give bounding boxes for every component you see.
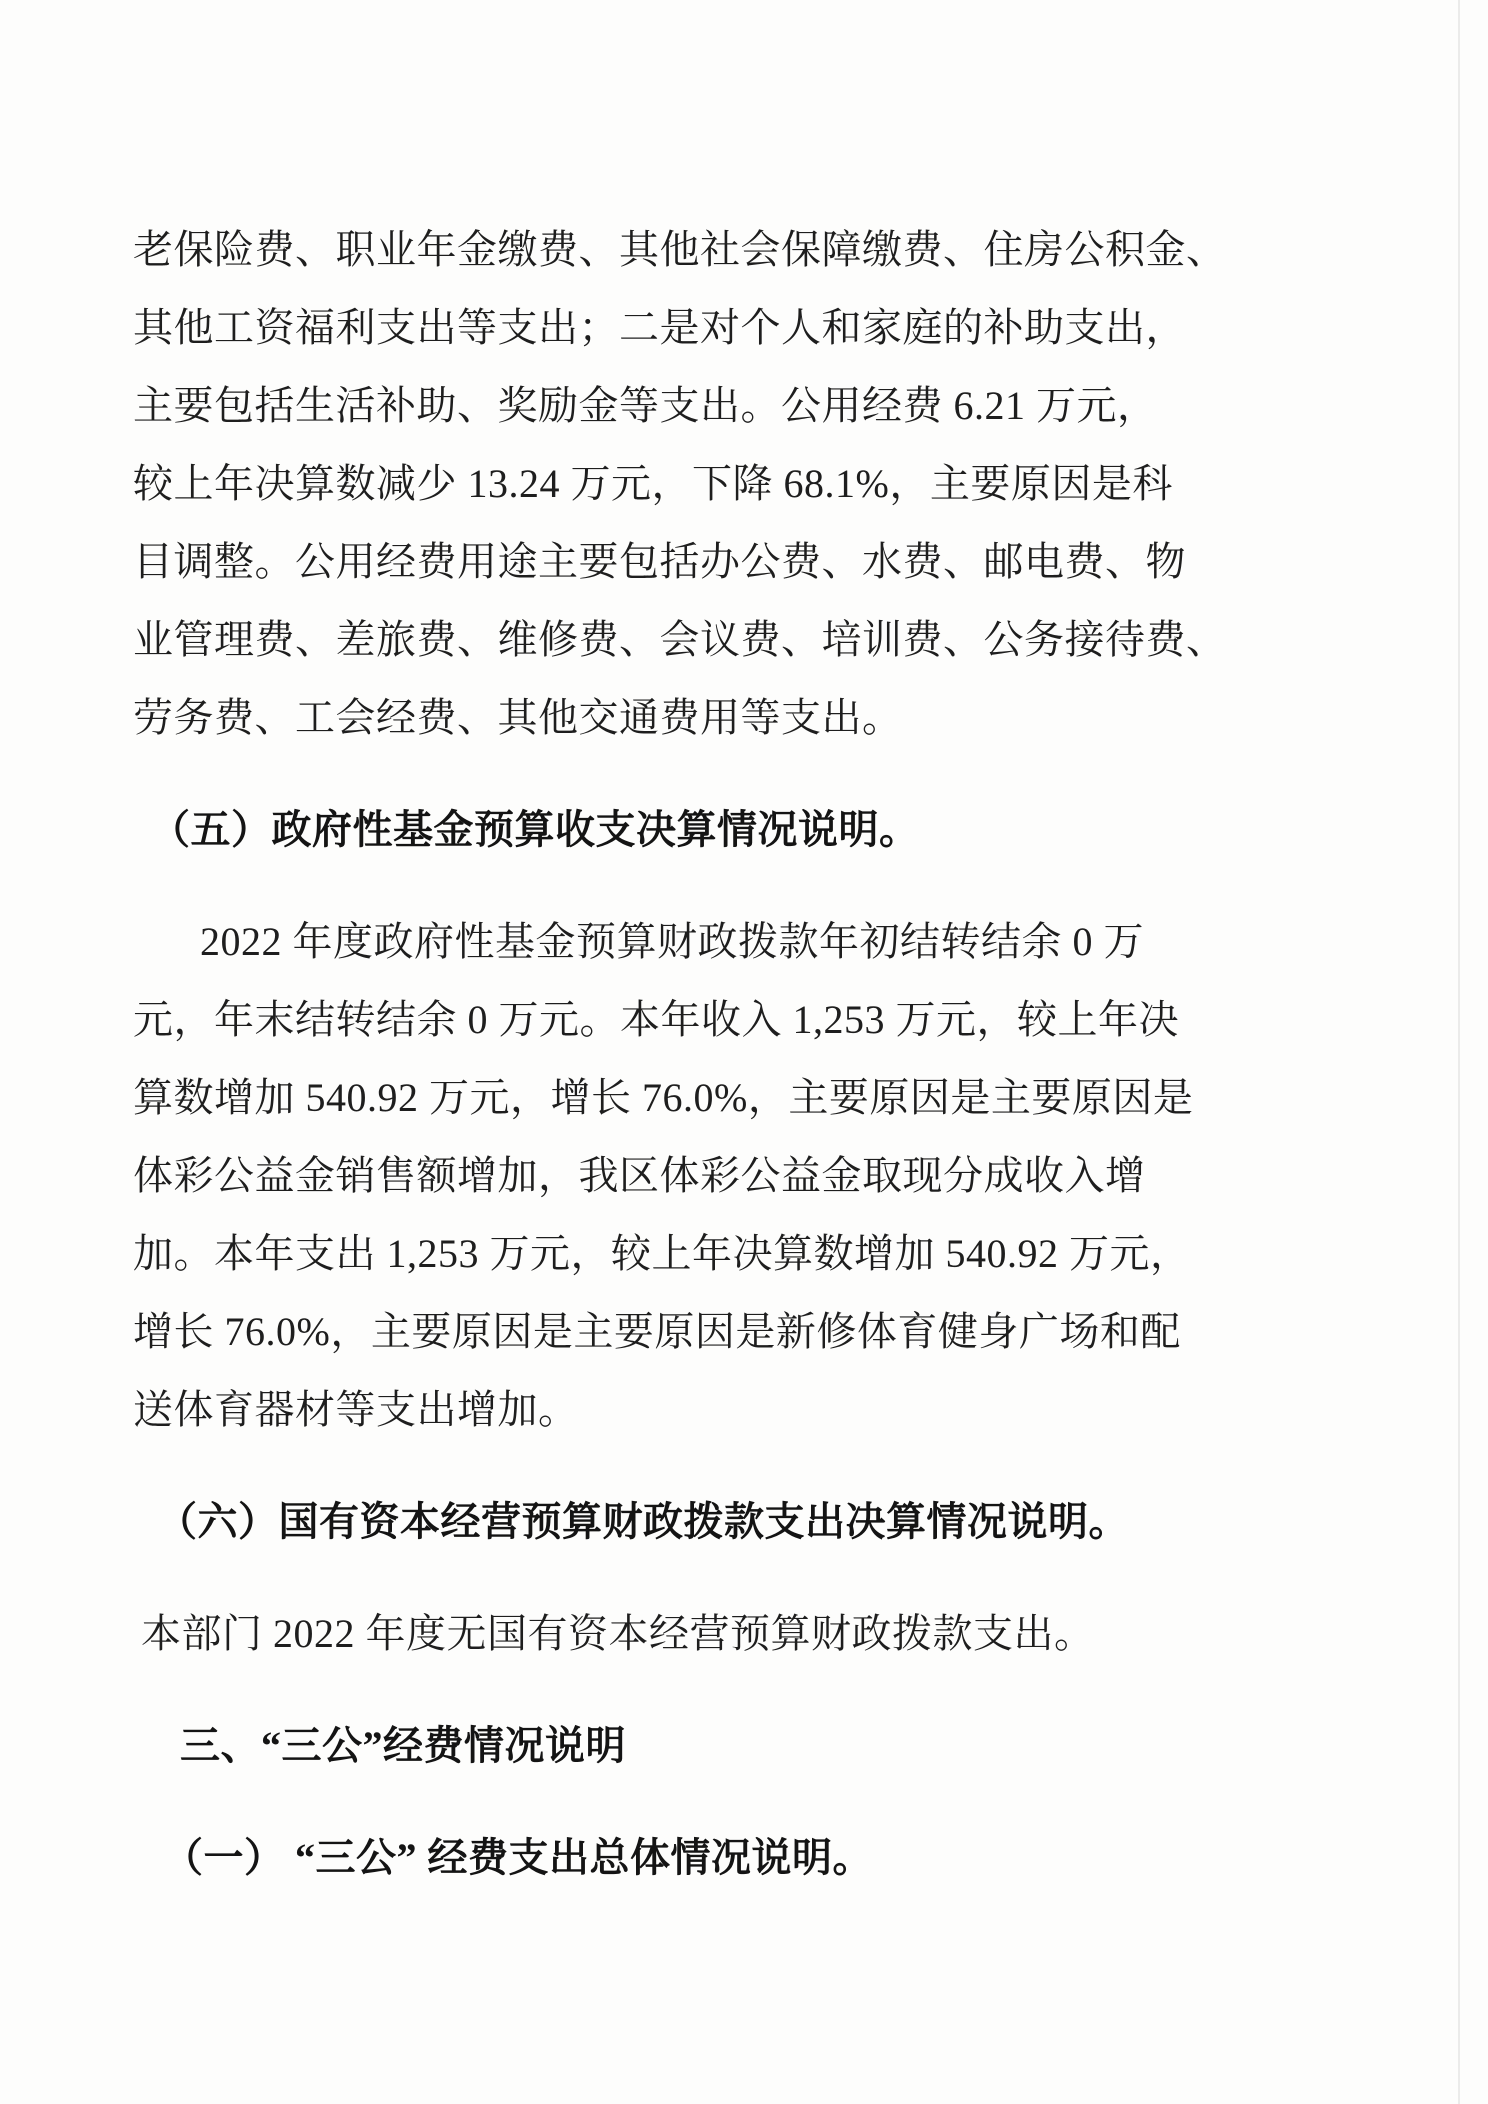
body-line: 较上年决算数减少 13.24 万元，下降 68.1%，主要原因是科 (133, 445, 1313, 523)
body-line: 劳务费、工会经费、其他交通费用等支出。 (133, 679, 1313, 757)
body-line: 业管理费、差旅费、维修费、会议费、培训费、公务接待费、 (133, 601, 1313, 679)
paragraph-government-fund: 2022 年度政府性基金预算财政拨款年初结转结余 0 万 元，年末结转结余 0 … (133, 903, 1313, 1449)
paragraph-pension-welfare: 老保险费、职业年金缴费、其他社会保障缴费、住房公积金、 其他工资福利支出等支出；… (133, 211, 1313, 757)
body-line: 元，年末结转结余 0 万元。本年收入 1,253 万元，较上年决 (133, 981, 1313, 1059)
body-line: 算数增加 540.92 万元，增长 76.0%，主要原因是主要原因是 (133, 1059, 1313, 1137)
scan-edge-artifact (1458, 0, 1460, 2104)
body-line: 2022 年度政府性基金预算财政拨款年初结转结余 0 万 (133, 903, 1313, 981)
heading-section-three-one: （一） “三公” 经费支出总体情况说明。 (163, 1819, 1313, 1897)
body-line: 加。本年支出 1,253 万元，较上年决算数增加 540.92 万元， (133, 1215, 1313, 1293)
heading-section-five: （五）政府性基金预算收支决算情况说明。 (150, 791, 1313, 869)
heading-section-six: （六）国有资本经营预算财政拨款支出决算情况说明。 (157, 1483, 1313, 1561)
body-line: 体彩公益金销售额增加，我区体彩公益金取现分成收入增 (133, 1137, 1313, 1215)
paragraph-state-capital: 本部门 2022 年度无国有资本经营预算财政拨款支出。 (141, 1595, 1313, 1673)
body-line: 其他工资福利支出等支出；二是对个人和家庭的补助支出， (133, 289, 1313, 367)
body-line: 送体育器材等支出增加。 (133, 1371, 1313, 1449)
heading-section-three: 三、“三公”经费情况说明 (180, 1707, 1313, 1785)
document-page: 老保险费、职业年金缴费、其他社会保障缴费、住房公积金、 其他工资福利支出等支出；… (133, 211, 1313, 1897)
body-line: 老保险费、职业年金缴费、其他社会保障缴费、住房公积金、 (133, 211, 1313, 289)
body-line: 主要包括生活补助、奖励金等支出。公用经费 6.21 万元， (133, 367, 1313, 445)
body-line: 增长 76.0%，主要原因是主要原因是新修体育健身广场和配 (133, 1293, 1313, 1371)
body-line: 目调整。公用经费用途主要包括办公费、水费、邮电费、物 (133, 523, 1313, 601)
